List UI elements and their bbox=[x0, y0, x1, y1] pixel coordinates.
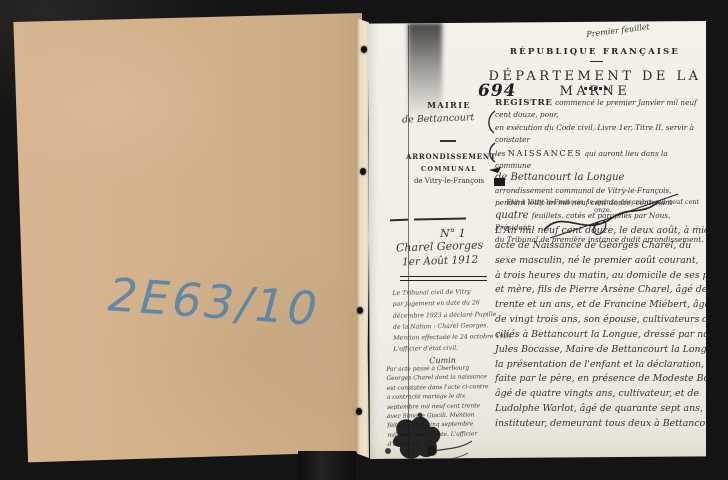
binding-tab bbox=[298, 451, 356, 480]
right-page: Premier feuillet RÉPUBLIQUE FRANÇAISE DÉ… bbox=[368, 21, 706, 459]
ink-mark-stamp bbox=[488, 163, 508, 189]
intro-line: en exécution du Code civil, Livre 1er, T… bbox=[495, 122, 705, 147]
archive-code-handwritten: 2E63/10 bbox=[106, 267, 329, 336]
act-line: Ludolphe Warlot, âgé de quarante sept an… bbox=[495, 402, 707, 417]
act-line: à trois heures du matin, au domicile de … bbox=[495, 269, 707, 284]
act-line: faite par le père, en présence de Modest… bbox=[495, 372, 707, 387]
scan-shadow bbox=[408, 23, 442, 127]
torn-page-edge bbox=[356, 18, 369, 458]
header-rule bbox=[590, 61, 603, 64]
act-line: de vingt trois ans, son épouse, cultivat… bbox=[495, 313, 707, 328]
handwritten-top-note: Premier feuillet bbox=[586, 16, 701, 39]
header-republic: RÉPUBLIQUE FRANÇAISE bbox=[488, 47, 702, 57]
ink-blot bbox=[380, 407, 480, 469]
margin-line: Mention effectuée le 24 octobre 1924 bbox=[393, 331, 491, 344]
binding-hole bbox=[356, 408, 362, 415]
header-ornament bbox=[584, 87, 610, 90]
act-text: L'An mil neuf cent douze, le deux août, … bbox=[495, 224, 707, 432]
communal-label: COMMUNAL bbox=[406, 165, 492, 173]
act-line: instituteur, demeurant tous deux à Betta… bbox=[495, 417, 707, 432]
act-line: âgé de quatre vingts ans, cultivateur, e… bbox=[495, 387, 707, 402]
ink-mark-brace bbox=[485, 109, 499, 165]
arrondissement-label: ARRONDISSEMENT bbox=[406, 152, 492, 161]
act-number: N° 1 bbox=[440, 227, 466, 240]
act-line: Jules Bocasse, Maire de Bettancourt la L… bbox=[495, 343, 707, 358]
binding-hole bbox=[357, 307, 363, 314]
act-line: ciliés à Bettancourt la Longue, dressé p… bbox=[495, 328, 707, 343]
intro-line: les NAISSANCES qui auront lieu dans la c… bbox=[495, 147, 705, 173]
margin-double-rule bbox=[400, 276, 487, 281]
separator-dash bbox=[414, 218, 466, 221]
act-line: L'An mil neuf cent douze, le deux août, … bbox=[495, 224, 707, 239]
margin-mention-pupille: Le Tribunal civil de Vitry par jugement … bbox=[392, 286, 491, 367]
spine-shade bbox=[368, 21, 378, 459]
act-line: la présentation de l'enfant et la déclar… bbox=[495, 358, 707, 373]
intro-commune-handwritten: de Bettancourt la Longue bbox=[495, 172, 705, 184]
separator-dash bbox=[390, 219, 408, 222]
act-line: trente et un ans, et de Francine Miébert… bbox=[495, 298, 707, 313]
binding-hole bbox=[361, 46, 367, 53]
act-name: Charel Georges bbox=[396, 238, 484, 254]
mairie-label: MAIRIE bbox=[414, 100, 484, 110]
act-line: acte de Naissance de Georges Charel, du bbox=[495, 239, 707, 254]
scanned-register-photo: 2E63/10 Premier feuillet RÉPUBLIQUE FRAN… bbox=[0, 0, 728, 480]
arrondissement-commune: de Vitry-le-François bbox=[406, 177, 492, 185]
act-line: et mère, fils de Pierre Arsène Charel, â… bbox=[495, 283, 707, 298]
act-line: sexe masculin, né le premier août couran… bbox=[495, 254, 707, 269]
column-divider bbox=[440, 140, 456, 142]
intro-line: REGISTRE commencé le premier Janvier mil… bbox=[495, 97, 705, 122]
binding-hole bbox=[360, 168, 366, 175]
left-page: 2E63/10 bbox=[12, 13, 362, 466]
act-date: 1er Août 1912 bbox=[402, 254, 479, 269]
mairie-commune-handwritten: de Bettancourt bbox=[402, 111, 498, 125]
